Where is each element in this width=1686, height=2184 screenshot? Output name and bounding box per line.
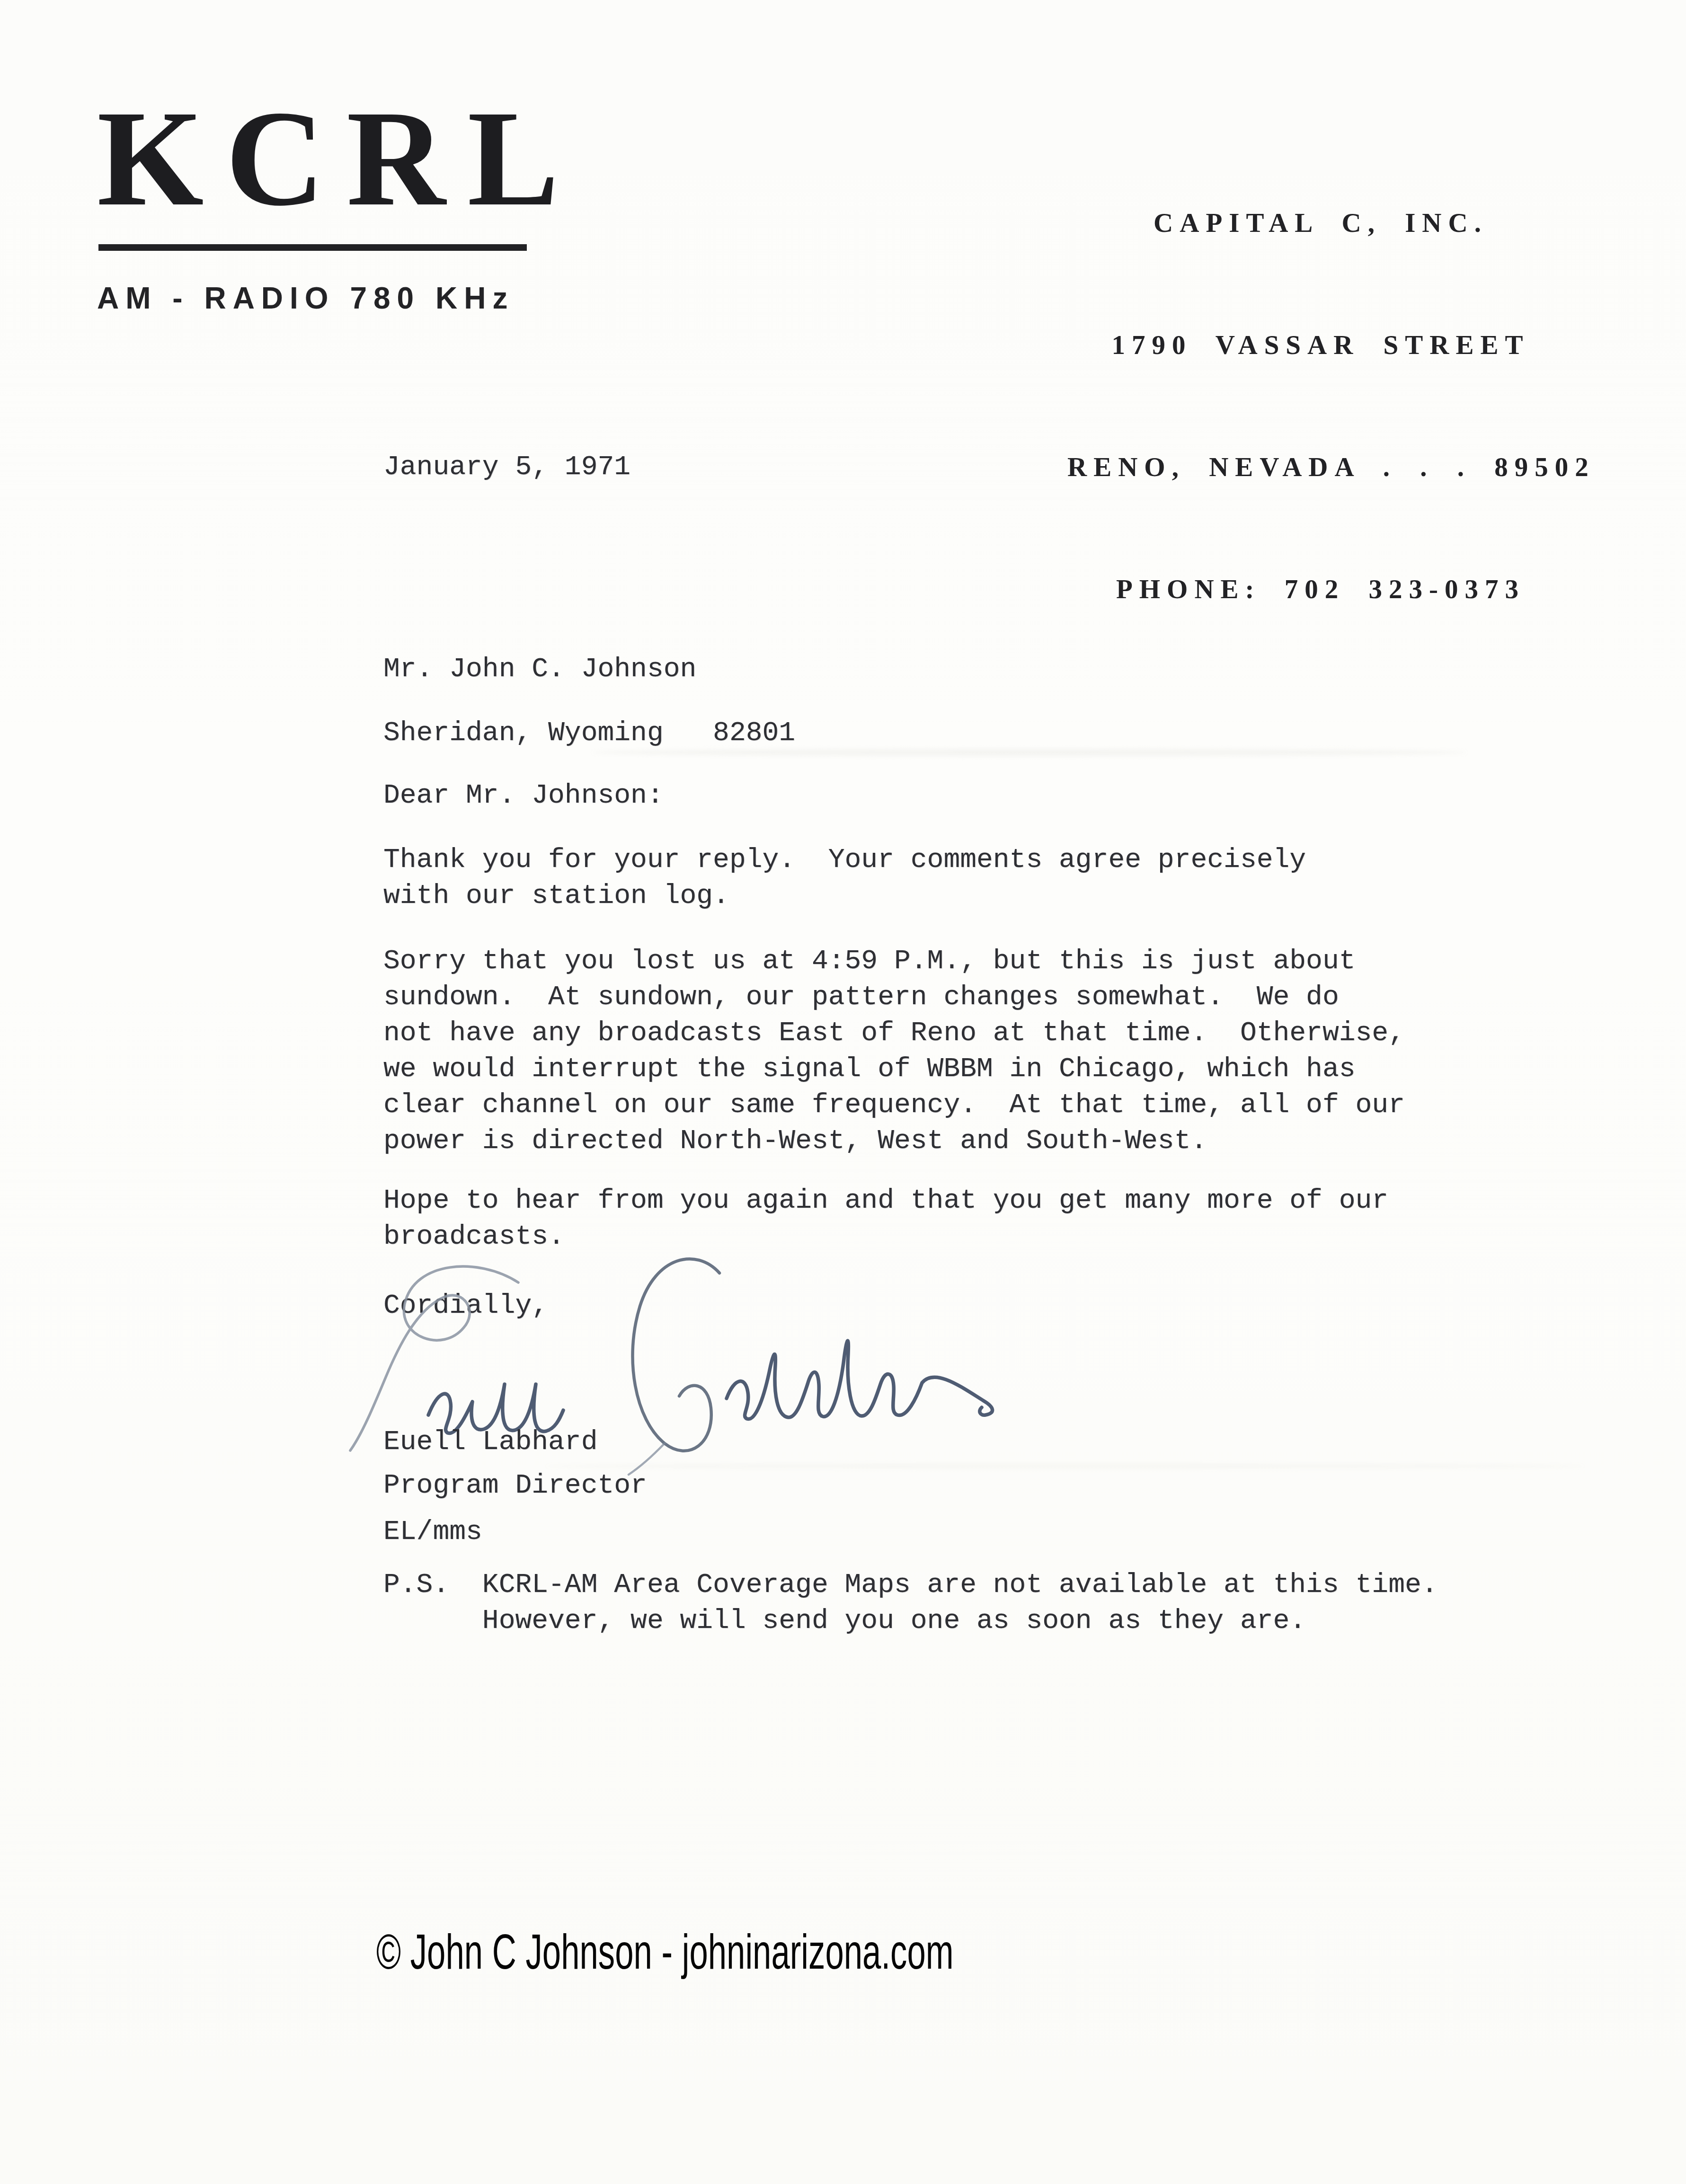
postscript: P.S. KCRL-AM Area Coverage Maps are not … [383, 1567, 1438, 1639]
station-tagline: AM - RADIO 780 KHz [97, 283, 514, 313]
station-logo: KCRL [97, 90, 581, 227]
company-street: 1790 VASSAR STREET [1067, 325, 1574, 366]
salutation: Dear Mr. Johnson: [383, 778, 664, 814]
scan-smudge [544, 1463, 1586, 1469]
company-address-block: CAPITAL C, INC. 1790 VASSAR STREET RENO,… [1067, 122, 1574, 691]
typed-signer-name: Euell Labhard [383, 1424, 597, 1460]
company-name: CAPITAL C, INC. [1067, 203, 1574, 244]
body-paragraph-2: Sorry that you lost us at 4:59 P.M., but… [383, 944, 1405, 1159]
closing-cordially: Cordially, [383, 1288, 548, 1324]
recipient-city: Sheridan, Wyoming 82801 [383, 716, 795, 752]
typed-signer-title: Program Director [383, 1468, 647, 1504]
signature-stroke-l-oval [633, 1259, 719, 1451]
logo-underline-rule [98, 244, 527, 251]
scan-smudge [592, 749, 1467, 756]
recipient-name: Mr. John C. Johnson [383, 652, 696, 688]
signature-stroke-abhard [727, 1341, 993, 1419]
body-paragraph-3: Hope to hear from you again and that you… [383, 1183, 1388, 1255]
scanned-letter-page: KCRL AM - RADIO 780 KHz CAPITAL C, INC. … [0, 0, 1686, 2184]
reference-initials: EL/mms [383, 1514, 482, 1550]
copyright-credit: © John C Johnson - johninarizona.com [376, 1925, 954, 1979]
company-phone: PHONE: 702 323-0373 [1067, 569, 1574, 610]
company-city-zip: RENO, NEVADA . . . 89502 [1067, 447, 1574, 488]
body-paragraph-1: Thank you for your reply. Your comments … [383, 842, 1306, 914]
letter-date: January 5, 1971 [383, 450, 630, 486]
